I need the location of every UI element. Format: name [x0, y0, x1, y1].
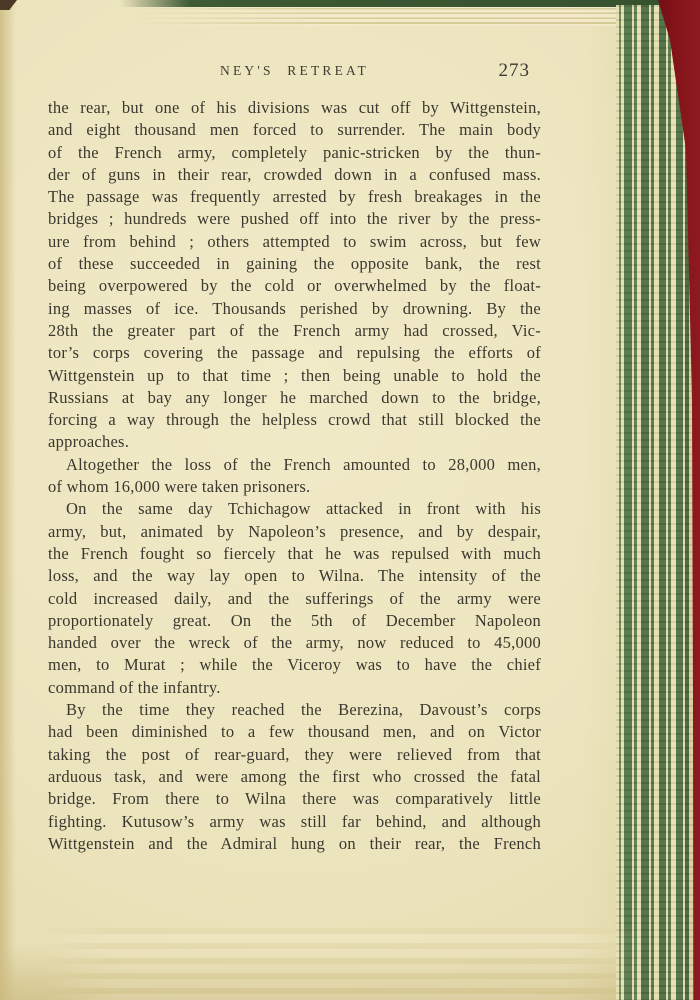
text-line: of whom 16,000 were taken prisoners.	[48, 476, 541, 498]
text-line: approaches.	[48, 431, 541, 453]
text-line: bridges ; hundreds were pushed off into …	[48, 208, 541, 230]
text-line: ing masses of ice. Thousands perished by…	[48, 298, 541, 320]
page-body: the rear, but one of his divisions was c…	[48, 97, 541, 855]
text-line: Russians at bay any longer he marched do…	[48, 387, 541, 409]
text-line: 28th the greater part of the French army…	[48, 320, 541, 342]
page-number: 273	[499, 60, 531, 82]
text-line: had been diminished to a few thousand me…	[48, 721, 541, 743]
running-header: NEY'S RETREAT	[48, 63, 541, 79]
text-line: the French fought so fiercely that he wa…	[48, 543, 541, 565]
text-line: ure from behind ; others attempted to sw…	[48, 231, 541, 253]
text-line: arduous task, and were among the first w…	[48, 766, 541, 788]
text-line: By the time they reached the Berezina, D…	[48, 699, 541, 721]
text-line: the rear, but one of his divisions was c…	[48, 97, 541, 119]
text-line: Wittgenstein and the Admiral hung on the…	[48, 833, 541, 855]
text-line: command of the infantry.	[48, 677, 541, 699]
text-line: fighting. Kutusow’s army was still far b…	[48, 811, 541, 833]
book-bottom-page-edges	[40, 928, 640, 1000]
text-line: Altogether the loss of the French amount…	[48, 454, 541, 476]
text-line: The passage was frequently arrested by f…	[48, 186, 541, 208]
text-line: Wittgenstein up to that time ; then bein…	[48, 365, 541, 387]
text-line: men, to Murat ; while the Viceroy was to…	[48, 654, 541, 676]
page-header: NEY'S RETREAT 273	[48, 63, 541, 89]
text-line: forcing a way through the helpless crowd…	[48, 409, 541, 431]
text-line: bridge. From there to Wilna there was co…	[48, 788, 541, 810]
text-line: On the same day Tchichagow attacked in f…	[48, 498, 541, 520]
text-line: loss, and the way lay open to Wilna. The…	[48, 565, 541, 587]
book-top-edge-stain	[120, 0, 700, 7]
text-line: of the French army, completely panic-str…	[48, 142, 541, 164]
text-line: handed over the wreck of the army, now r…	[48, 632, 541, 654]
text-line: being overpowered by the cold or overwhe…	[48, 275, 541, 297]
text-line: army, but, animated by Napoleon’s presen…	[48, 521, 541, 543]
text-line: proportionately great. On the 5th of Dec…	[48, 610, 541, 632]
book-photo: NEY'S RETREAT 273 the rear, but one of h…	[0, 0, 700, 1000]
text-line: cold increased daily, and the sufferings…	[48, 588, 541, 610]
book-page: NEY'S RETREAT 273 the rear, but one of h…	[48, 63, 541, 97]
text-line: of these succeeded in gaining the opposi…	[48, 253, 541, 275]
text-line: and eight thousand men forced to surrend…	[48, 119, 541, 141]
text-line: taking the post of rear-guard, they were…	[48, 744, 541, 766]
text-line: tor’s corps covering the passage and rep…	[48, 342, 541, 364]
text-line: der of guns in their rear, crowded down …	[48, 164, 541, 186]
